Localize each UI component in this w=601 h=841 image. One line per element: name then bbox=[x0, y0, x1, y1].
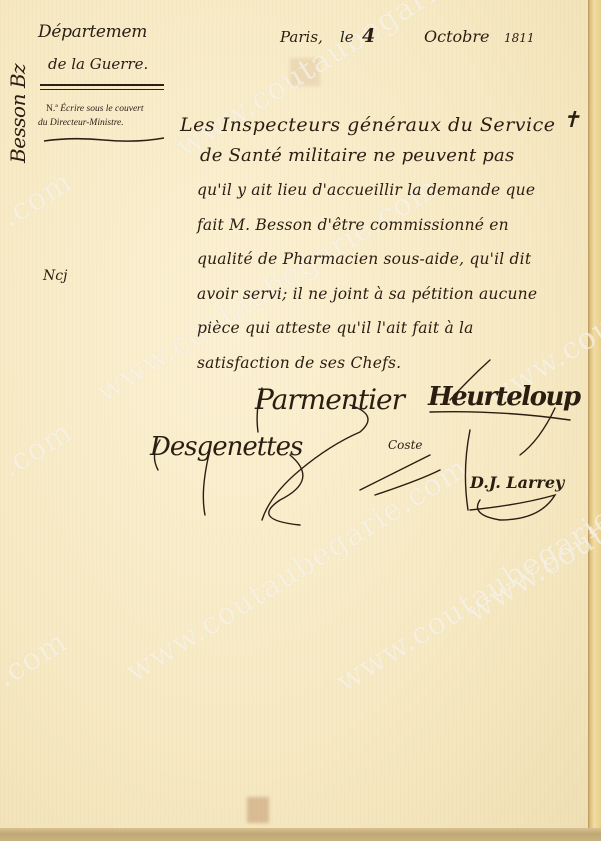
red-stamp-bottom bbox=[247, 797, 269, 823]
signature-larrey: D.J. Larrey bbox=[470, 473, 564, 492]
letterhead: Départemem de la Guerre. N.ª Écrire sous… bbox=[38, 22, 166, 149]
signature-parmentier: Parmentier bbox=[255, 383, 404, 416]
cross-icon: ✝ bbox=[562, 108, 581, 133]
date-le: le bbox=[340, 28, 362, 46]
letterhead-swash-ornament bbox=[42, 135, 166, 145]
body-line: qualité de Pharmacien sous-aide, qu'il d… bbox=[180, 242, 590, 277]
instruction-prefix: N.ª bbox=[46, 104, 58, 114]
date-city: Paris, bbox=[280, 28, 340, 46]
margin-mark: Ncj bbox=[43, 268, 67, 284]
dateline: Paris,le4Octobre1811 bbox=[280, 25, 580, 47]
date-month: Octobre bbox=[424, 27, 504, 46]
signature-desgenettes: Desgenettes bbox=[150, 432, 302, 462]
body-line-text: Les Inspecteurs généraux du Service bbox=[180, 114, 555, 136]
date-year: 1811 bbox=[504, 31, 535, 45]
department-subtitle: de la Guerre. bbox=[48, 52, 166, 76]
body-line: avoir servi; il ne joint à sa pétition a… bbox=[180, 277, 590, 312]
body-line: pièce qui atteste qu'il l'ait fait à la bbox=[180, 311, 590, 346]
body-line: satisfaction de ses Chefs. bbox=[180, 346, 590, 381]
letterhead-rule bbox=[40, 84, 164, 90]
date-day: 4 bbox=[362, 25, 424, 47]
body-line: Les Inspecteurs généraux du Service ✝ bbox=[180, 104, 590, 139]
instruction-line2: du Directeur-Ministre. bbox=[38, 116, 166, 130]
signature-heurteloup: Heurteloup bbox=[428, 382, 580, 412]
department-title: Départemem bbox=[38, 22, 166, 42]
body-line: fait M. Besson d'être commissionné en bbox=[180, 208, 590, 243]
letter-body: Les Inspecteurs généraux du Service ✝ de… bbox=[180, 104, 590, 380]
body-line: qu'il y ait lieu d'accueillir la demande… bbox=[180, 173, 590, 208]
instruction-line1: Écrire sous le couvert bbox=[60, 104, 143, 114]
margin-annotation: Besson Bz bbox=[6, 64, 30, 163]
body-line: de Santé militaire ne peuvent pas bbox=[180, 139, 590, 174]
letterhead-instruction: N.ª Écrire sous le couvert du Directeur-… bbox=[38, 102, 166, 130]
signature-coste: Coste bbox=[388, 438, 423, 452]
paper-bottom-edge bbox=[0, 828, 601, 841]
